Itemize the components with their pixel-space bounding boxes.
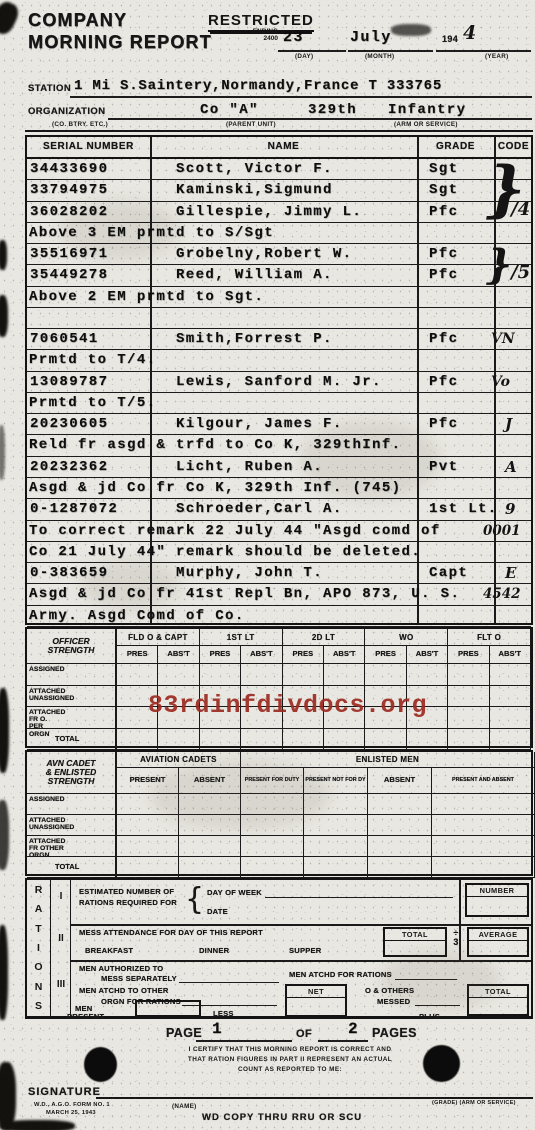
soldier-name: Lewis, Sanford M. Jr. <box>176 374 382 390</box>
subcolumn-header: PRESENT AND ABSENT <box>432 768 535 794</box>
mess-separately-blank <box>179 982 279 983</box>
corner-label: AVN CADET & ENLISTED STRENGTH <box>27 752 117 794</box>
paper-blotch <box>380 950 500 1010</box>
part-i-numeral: I <box>51 891 71 902</box>
pages-blank <box>318 1040 368 1042</box>
ink-smudge <box>391 24 431 36</box>
strength-value-cell <box>304 857 368 878</box>
organization-unit: Co "A" <box>200 102 259 118</box>
strength-value-cell <box>304 815 368 836</box>
subcolumn-header: ABSENT <box>368 768 432 794</box>
rations-letter: A <box>35 904 43 914</box>
serial-number: 7060541 <box>30 331 99 347</box>
roster-row-entry: 34433690Scott, Victor F.Sgt <box>27 159 531 180</box>
strength-value-cell <box>448 729 489 751</box>
grade-value: Pfc <box>429 204 458 220</box>
month-sublabel: (MONTH) <box>365 53 394 60</box>
scan-artifact <box>0 0 22 37</box>
day-underline <box>278 50 346 52</box>
scan-artifact <box>0 1120 75 1130</box>
form-title-line2: MORNING REPORT <box>28 32 212 53</box>
brace-glyph: { <box>185 882 204 917</box>
subcolumn-header: PRES <box>283 646 324 664</box>
page-label: PAGE <box>166 1026 202 1040</box>
form-title-line1: COMPANY <box>28 10 127 31</box>
strength-value-cell <box>117 664 158 686</box>
remark-text: Prmtd to T/4. <box>29 352 156 368</box>
site-watermark: 83rdinfdivdocs.org <box>148 691 427 720</box>
group-header: 2D LT <box>283 629 366 646</box>
paper-blotch <box>150 760 330 830</box>
grade-arm-sublabel: (GRADE) (ARM OR SERVICE) <box>432 1100 516 1106</box>
roster-header-row: SERIAL NUMBER NAME GRADE CODE <box>27 137 531 159</box>
serial-number: 34433690 <box>30 161 108 177</box>
serial-number: 35449278 <box>30 267 108 283</box>
remark-text: Reld fr asgd & trfd to Co K, 329thInf. <box>29 437 401 453</box>
remark-text: Asgd & jd Co fr Co K, 329th Inf. (745) <box>29 480 401 496</box>
strength-value-cell <box>283 664 324 686</box>
corner-label: OFFICER STRENGTH <box>27 629 117 664</box>
roster-row-remark: Reld fr asgd & trfd to Co K, 329thInf. <box>27 435 531 456</box>
grade-value: Sgt <box>429 161 458 177</box>
subcolumn-header: ABS'T <box>324 646 365 664</box>
officer-strength-table: OFFICER STRENGTHFLD O & CAPT1ST LT2D LTW… <box>25 627 533 748</box>
strength-value-cell <box>432 794 535 815</box>
soldier-name: Gillespie, Jimmy L. <box>176 204 362 220</box>
soldier-name: Schroeder,Carl A. <box>176 501 343 517</box>
row-label: TOTAL <box>27 857 117 878</box>
strength-value-cell <box>365 729 406 751</box>
subcolumn-header: ABS'T <box>407 646 448 664</box>
serial-number: 35516971 <box>30 246 108 262</box>
strength-value-cell <box>490 707 531 729</box>
subcolumn-header: PRES <box>365 646 406 664</box>
strength-value-cell <box>241 664 282 686</box>
name-sublabel: (NAME) <box>172 1103 197 1110</box>
report-month-value: July <box>350 29 392 46</box>
strength-value-cell <box>432 857 535 878</box>
strength-value-cell <box>200 664 241 686</box>
remark-text: Army. Asgd Comd of Co. <box>29 608 245 624</box>
soldier-name: Reed, William A. <box>176 267 333 283</box>
roster-row-entry: 35449278Reed, William A.Pfc <box>27 265 531 286</box>
scan-artifact <box>0 425 5 480</box>
page-blank <box>196 1040 292 1042</box>
strength-value-cell <box>432 836 535 857</box>
ending-label: ENDING 2400 <box>240 28 278 42</box>
punch-hole <box>423 1045 460 1082</box>
roster-row-entry: 20230605Kilgour, James F.Pfc <box>27 414 531 435</box>
strength-value-cell <box>117 729 158 751</box>
soldier-name: Murphy, John T. <box>176 565 323 581</box>
roster-row-remark: Prmtd to T/5. <box>27 393 531 414</box>
grade-value: Pfc <box>429 267 458 283</box>
strength-value-cell <box>324 664 365 686</box>
rations-letter: S <box>35 1001 42 1011</box>
serial-number: 0-1287072 <box>30 501 118 517</box>
roster-row-remark: Above 3 EM prmtd to S/Sgt <box>27 223 531 244</box>
rations-letter: R <box>35 885 43 895</box>
men-atchd-for-rations-label: MEN ATCHD FOR RATIONS <box>289 970 392 979</box>
roster-row-entry: 7060541Smith,Forrest P.Pfc <box>27 329 531 350</box>
remark-text: Co 21 July 44" remark should be deleted. <box>29 544 421 560</box>
serial-number: 36028202 <box>30 204 108 220</box>
roster-row-entry: 0-1287072Schroeder,Carl A.1st Lt. <box>27 499 531 520</box>
net-box: NET <box>285 984 347 1017</box>
col-header-serial: SERIAL NUMBER <box>27 141 150 152</box>
subcolumn-header: ABS'T <box>490 646 531 664</box>
page-value: 1 <box>212 1020 223 1038</box>
certification-text: I CERTIFY THAT THIS MORNING REPORT IS CO… <box>130 1045 450 1075</box>
remark-text: Above 2 EM prmtd to Sgt. <box>29 289 264 305</box>
row-label: ATTACHED UNASSIGNED <box>27 686 117 708</box>
strength-value-cell <box>241 857 304 878</box>
roster-row-entry: 36028202Gillespie, Jimmy L.Pfc <box>27 202 531 223</box>
day-of-week-label: DAY OF WEEK <box>207 888 262 897</box>
soldier-name: Kilgour, James F. <box>176 416 343 432</box>
strength-value-cell <box>490 729 531 751</box>
average-box: AVERAGE <box>467 927 529 957</box>
strength-value-cell <box>368 815 432 836</box>
men-authorized-line2: MESS SEPARATELY <box>101 974 177 983</box>
serial-number: 0-383659 <box>30 565 108 581</box>
scan-artifact <box>0 295 8 337</box>
rations-letter: I <box>37 943 40 953</box>
station-value: 1 Mi S.Saintery,Normandy,France T 333765 <box>74 78 442 94</box>
strength-value-cell <box>448 686 489 708</box>
strength-value-cell <box>117 857 179 878</box>
of-label: OF <box>296 1028 312 1040</box>
pages-value: 2 <box>348 1020 359 1038</box>
roster-row-remark: Asgd & jd Co fr 41st Repl Bn, APO 873, U… <box>27 584 531 605</box>
group-header: WO <box>365 629 448 646</box>
strength-value-cell <box>368 836 432 857</box>
strength-value-cell <box>179 836 241 857</box>
strength-value-cell <box>241 836 304 857</box>
rations-letter: N <box>35 982 43 992</box>
roster-table: SERIAL NUMBER NAME GRADE CODE 34433690Sc… <box>25 135 533 625</box>
subcolumn-header: ABS'T <box>241 646 282 664</box>
scan-artifact <box>0 925 8 1020</box>
day-of-week-blank <box>265 897 453 898</box>
soldier-name: Kaminski,Sigmund <box>176 182 333 198</box>
grade-value: Capt <box>429 565 468 581</box>
day-sublabel: (DAY) <box>295 53 313 60</box>
strength-value-cell <box>158 664 199 686</box>
strength-value-cell <box>283 729 324 751</box>
less-label: LESS <box>213 1009 234 1018</box>
year-underline <box>436 50 531 52</box>
plus-label: PLUS <box>419 1012 440 1021</box>
strength-value-cell <box>407 729 448 751</box>
station-label: STATION <box>28 83 71 94</box>
row-label: ATTACHED FR OTHER ORGN <box>27 836 117 857</box>
grade-value: Pfc <box>429 374 458 390</box>
copy-note: WD COPY THRU RRU OR SCU <box>202 1112 362 1123</box>
grade-value: Pvt <box>429 459 458 475</box>
roster-row-remark: Above 2 EM prmtd to Sgt. <box>27 287 531 308</box>
subcolumn-header: PRES <box>117 646 158 664</box>
station-underline <box>70 96 532 98</box>
grade-value: Pfc <box>429 416 458 432</box>
strength-value-cell <box>200 729 241 751</box>
scan-artifact <box>0 688 9 773</box>
organization-underline <box>108 118 532 120</box>
roster-row-remark: Prmtd to T/4. <box>27 350 531 371</box>
strength-value-cell <box>368 857 432 878</box>
date-label: DATE <box>207 907 228 916</box>
organization-label: ORGANIZATION <box>28 106 105 117</box>
row-label: ATTACHED UNASSIGNED <box>27 815 117 836</box>
month-underline <box>348 50 433 52</box>
rations-letter: T <box>35 924 41 934</box>
men-present-line2: PRESENT <box>67 1012 104 1021</box>
part-iii-numeral: III <box>51 979 71 990</box>
group-header: FLT O <box>448 629 531 646</box>
subcolumn-header: PRES <box>448 646 489 664</box>
group-header: 1ST LT <box>200 629 283 646</box>
strength-value-cell <box>117 836 179 857</box>
row-label: ATTACHED FR O. PER ORGN <box>27 707 117 729</box>
strength-value-cell <box>407 664 448 686</box>
form-number-line2: MARCH 25, 1943 <box>46 1110 96 1116</box>
divide-by-three: ÷ 3 <box>451 929 461 947</box>
serial-number: 20230605 <box>30 416 108 432</box>
grade-value: Sgt <box>429 182 458 198</box>
serial-number: 33794975 <box>30 182 108 198</box>
roster-row-entry: 35516971Grobelny,Robert W.Pfc <box>27 244 531 265</box>
men-atchd-other-line1: MEN ATCHD TO OTHER <box>79 986 169 995</box>
col-header-code: CODE <box>494 141 533 152</box>
remark-text: Asgd & jd Co fr 41st Repl Bn, APO 873, U… <box>29 586 460 602</box>
roster-top-rule <box>25 130 533 132</box>
organization-parent: 329th <box>308 102 357 118</box>
row-label: ASSIGNED <box>27 794 117 815</box>
soldier-name: Smith,Forrest P. <box>176 331 333 347</box>
remark-text: Prmtd to T/5. <box>29 395 156 411</box>
soldier-name: Grobelny,Robert W. <box>176 246 352 262</box>
group-header: FLD O & CAPT <box>117 629 200 646</box>
grade-value: 1st Lt. <box>429 501 498 517</box>
strength-value-cell <box>179 857 241 878</box>
grade-value: Pfc <box>429 331 458 347</box>
breakfast-label: BREAKFAST <box>85 946 133 955</box>
pages-label: PAGES <box>372 1026 417 1040</box>
roster-row-remark: Army. Asgd Comd of Co. <box>27 606 531 627</box>
strength-value-cell <box>324 729 365 751</box>
year-prefix: 194 <box>442 34 458 44</box>
organization-unit-sublabel: (CO. BTRY. ETC.) <box>52 121 108 128</box>
subcolumn-header: PRES <box>200 646 241 664</box>
report-year-value: 4 <box>463 22 476 44</box>
soldier-name: Scott, Victor F. <box>176 161 333 177</box>
rations-estimated-line2: RATIONS REQUIRED FOR <box>79 898 177 907</box>
organization-arm: Infantry <box>388 102 466 118</box>
right-box-divider <box>459 880 461 960</box>
rations-letter: O <box>34 962 42 972</box>
rations-side-letters: RATIONS <box>27 880 51 1016</box>
row-label: TOTAL <box>27 729 117 751</box>
strength-value-cell <box>490 664 531 686</box>
strength-value-cell <box>448 707 489 729</box>
remark-text: To correct remark 22 July 44 "Asgd comd … <box>29 523 441 539</box>
dinner-label: DINNER <box>199 946 229 955</box>
col-header-grade: GRADE <box>417 141 494 152</box>
mess-attendance-heading: MESS ATTENDANCE FOR DAY OF THIS REPORT <box>79 928 263 937</box>
roster-row-blank <box>27 308 531 329</box>
serial-number: 13089787 <box>30 374 108 390</box>
roster-row-entry: 0-383659Murphy, John T.Capt <box>27 563 531 584</box>
rations-estimated-line1: ESTIMATED NUMBER OF <box>79 887 174 896</box>
roster-row-remark: Co 21 July 44" remark should be deleted. <box>27 542 531 563</box>
part-divider <box>71 924 531 926</box>
strength-value-cell <box>117 815 179 836</box>
strength-value-cell <box>365 664 406 686</box>
roster-row-remark: Asgd & jd Co fr Co K, 329th Inf. (745) <box>27 478 531 499</box>
rations-numeral-column: I II III <box>51 880 71 1016</box>
soldier-name: Licht, Ruben A. <box>176 459 323 475</box>
serial-number: 20232362 <box>30 459 108 475</box>
strength-value-cell <box>490 686 531 708</box>
remark-text: Above 3 EM prmtd to S/Sgt <box>29 225 274 241</box>
organization-arm-sublabel: (ARM OR SERVICE) <box>394 121 458 128</box>
roster-row-entry: 13089787Lewis, Sanford M. Jr.Pfc <box>27 372 531 393</box>
subcolumn-header: ABS'T <box>158 646 199 664</box>
roster-body: 34433690Scott, Victor F.Sgt33794975Kamin… <box>27 159 531 627</box>
strength-value-cell <box>432 815 535 836</box>
number-box: NUMBER <box>465 883 529 917</box>
morning-report-document: COMPANY MORNING REPORT RESTRICTED ENDING… <box>0 0 535 1130</box>
strength-value-cell <box>241 729 282 751</box>
strength-value-cell <box>368 794 432 815</box>
men-authorized-line1: MEN AUTHORIZED TO <box>79 964 163 973</box>
scan-artifact <box>0 800 9 870</box>
roster-row-entry: 20232362Licht, Ruben A.Pvt <box>27 457 531 478</box>
strength-value-cell <box>448 664 489 686</box>
year-sublabel: (YEAR) <box>485 53 509 60</box>
signature-label: SIGNATURE <box>28 1086 101 1098</box>
strength-value-cell <box>158 729 199 751</box>
supper-label: SUPPER <box>289 946 321 955</box>
organization-parent-sublabel: (PARENT UNIT) <box>226 121 276 128</box>
roster-row-remark: To correct remark 22 July 44 "Asgd comd … <box>27 521 531 542</box>
part-ii-numeral: II <box>51 933 71 944</box>
men-present-box <box>135 1000 201 1017</box>
strength-value-cell <box>304 836 368 857</box>
roster-row-entry: 33794975Kaminski,SigmundSgt <box>27 180 531 201</box>
report-day-value: 23 <box>283 29 304 46</box>
form-number-line1: W.D., A.G.O. FORM NO. 1 <box>34 1102 110 1108</box>
col-header-name: NAME <box>150 141 417 152</box>
grade-value: Pfc <box>429 246 458 262</box>
scan-artifact <box>0 240 7 270</box>
row-label: ASSIGNED <box>27 664 117 686</box>
punch-hole <box>84 1047 117 1082</box>
